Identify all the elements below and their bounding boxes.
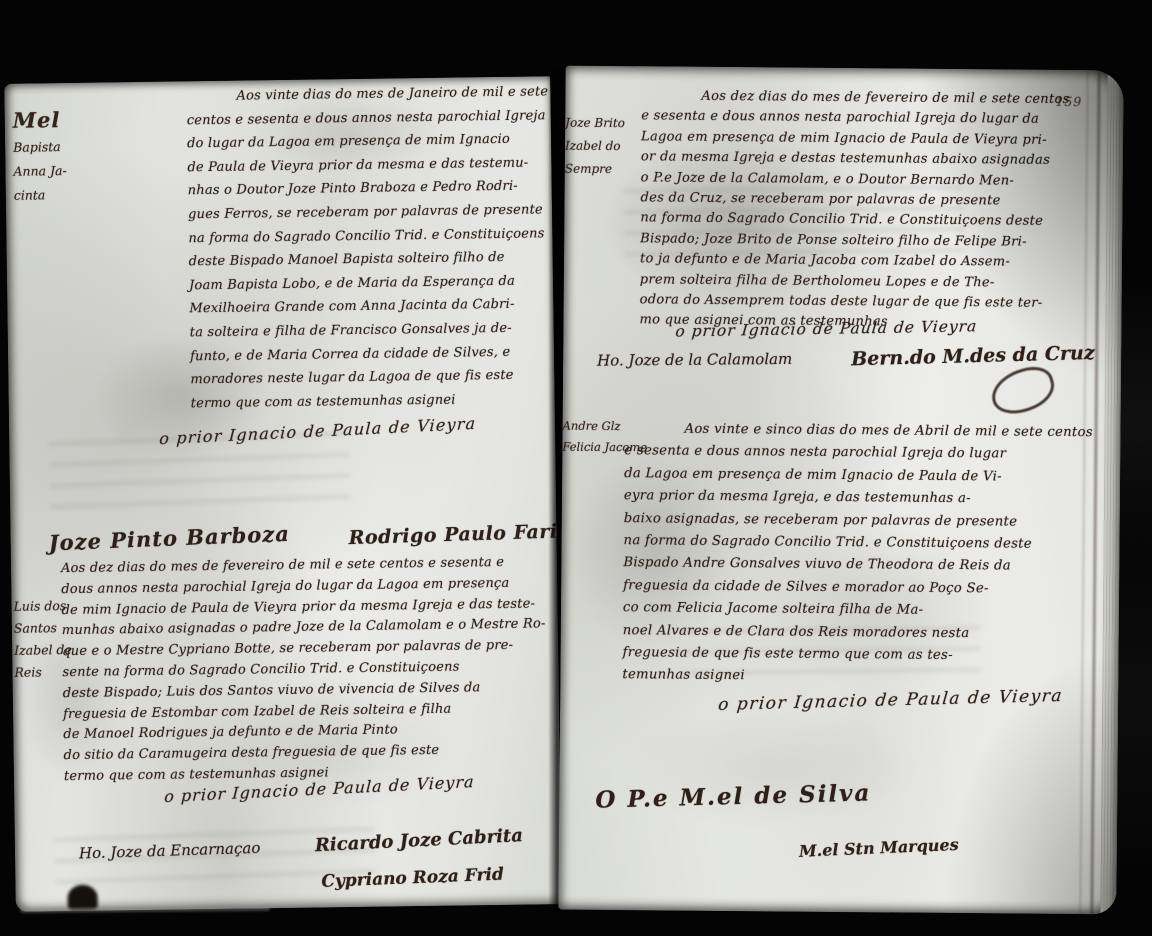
margin-note-line: Anna Ja- xyxy=(13,158,103,183)
margin-note-line: Mel xyxy=(13,104,103,135)
page-fore-edge xyxy=(1100,70,1123,914)
witness-signature: Rodrigo Paulo Farias xyxy=(348,520,561,549)
record2-body-right: Aos vinte e sinco dias do mes de Abril d… xyxy=(622,418,1076,691)
margin-note-line: cinta xyxy=(14,182,104,207)
manuscript-line: moradores neste lugar da Lagoa de que fi… xyxy=(190,363,550,392)
witness-signature: O P.e M.el de Silva xyxy=(595,779,872,813)
margin-note-line: Joze Brito xyxy=(565,112,649,136)
manuscript-line: termo que com as testemunhas asignei xyxy=(191,387,551,416)
priest-signature: o prior Ignacio de Paula de Vieyra xyxy=(717,686,1064,715)
signature-flourish xyxy=(986,361,1060,420)
witness-signature: Ricardo Joze Cabrita xyxy=(314,825,523,856)
witness-signature: Ho. Joze de la Calamolam xyxy=(597,350,792,370)
margin-rule-line xyxy=(1079,70,1088,914)
priest-signature: o prior Ignacio de Paula de Vieyra xyxy=(159,414,477,449)
right-page: 159 Joze BritoIzabel doSempre Aos dez di… xyxy=(558,66,1123,915)
record1-body-right: Aos dez dias do mes de fevereiro de mil … xyxy=(639,86,1065,335)
record2-body-left: Aos dez dias do mes de fevereiro de mil … xyxy=(61,552,558,788)
margin-note-line: Sempre xyxy=(565,158,649,182)
witness-signature: M.el Stn Marques xyxy=(799,835,959,861)
priest-signature: o prior Ignacio de Paula de Vieyra xyxy=(675,317,979,340)
margin-note-line: Bapista xyxy=(13,134,103,159)
witness-signature: Joze Pinto Barboza xyxy=(48,521,290,556)
header-signatures: Joze Pinto Barboza Rodrigo Paulo Farias xyxy=(48,520,554,527)
witness-signature: Ho. Joze da Encarnaçao xyxy=(79,839,261,863)
margin-note-line: Izabel do xyxy=(565,135,649,159)
margin-rule-line xyxy=(1090,70,1100,914)
margin-note-record1-right: Joze BritoIzabel doSempre xyxy=(565,112,650,182)
under-page-edge xyxy=(20,906,270,913)
witness-signature: Cypriano Roza Frid xyxy=(321,865,504,892)
photograph-background: MelBapistaAnna Ja-cinta Aos vinte dias d… xyxy=(0,0,1152,936)
witness-signature: Bern.do M.des da Cruz xyxy=(851,342,1095,370)
margin-note-record1-left: MelBapistaAnna Ja-cinta xyxy=(13,104,104,207)
record1-body-left: Aos vinte dias do mes de Janeiro de mil … xyxy=(186,80,551,415)
left-page: MelBapistaAnna Ja-cinta Aos vinte dias d… xyxy=(4,76,562,912)
